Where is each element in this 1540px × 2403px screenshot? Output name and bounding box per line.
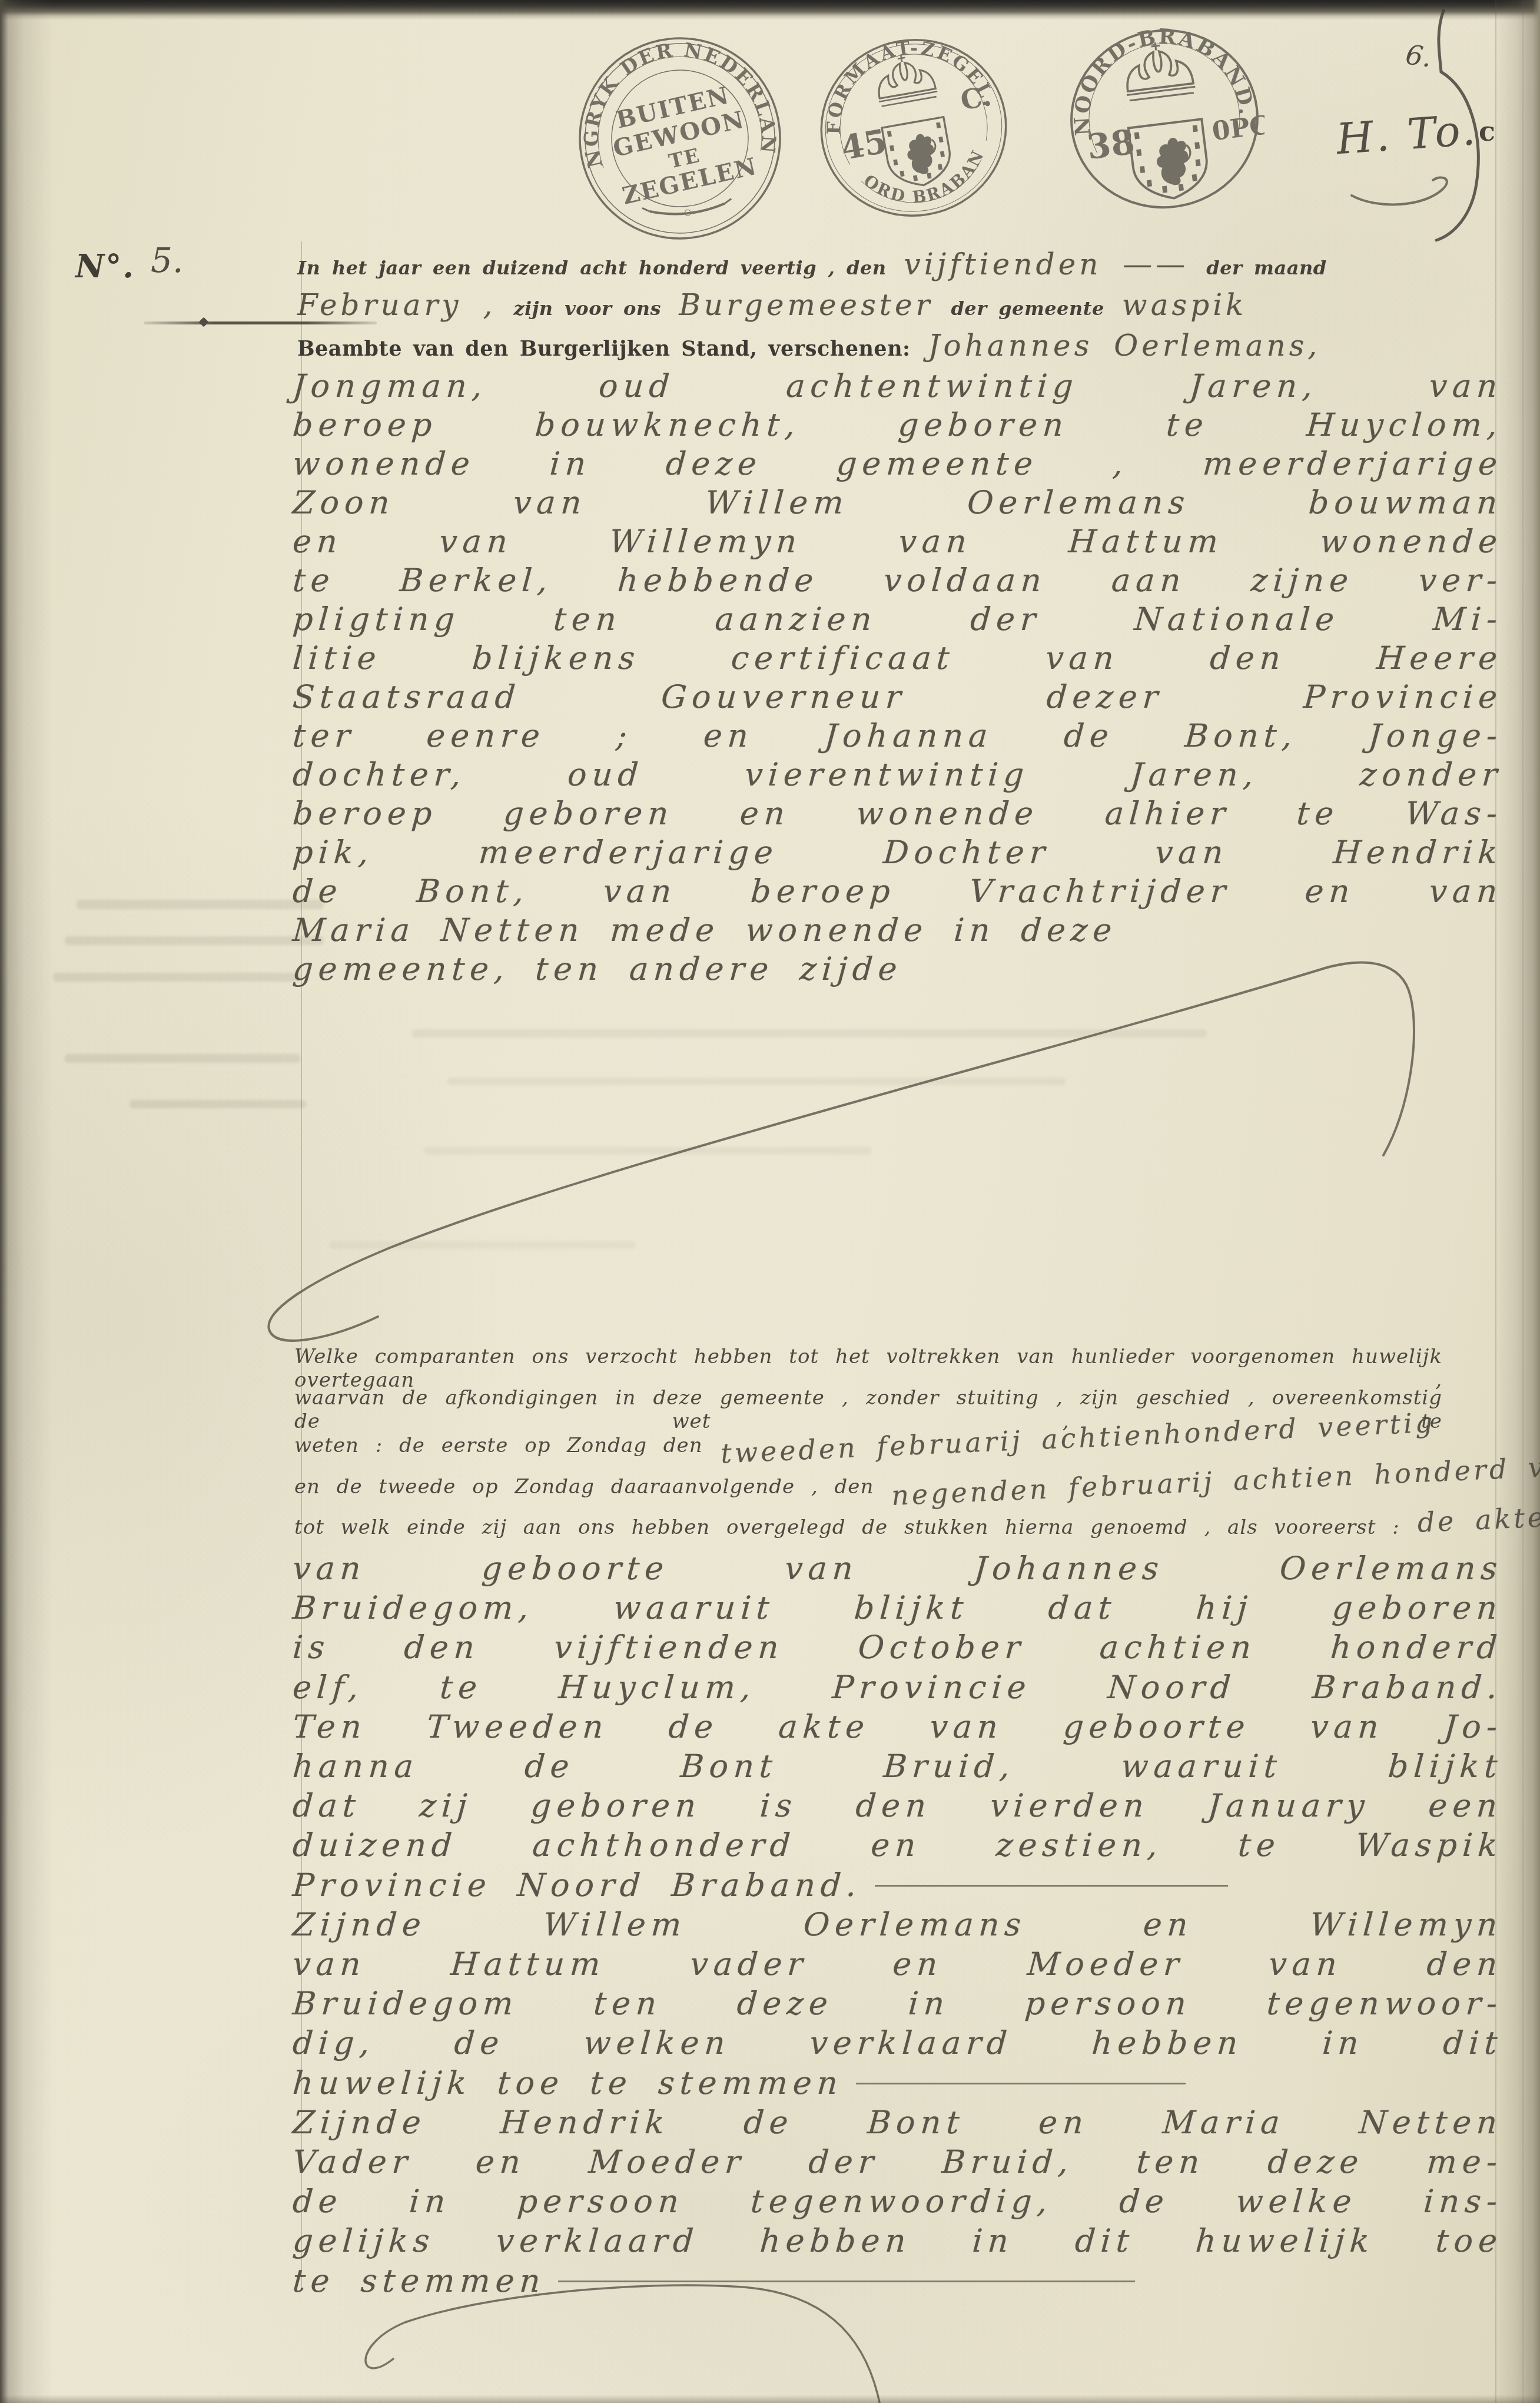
handwritten-segment: gemeente, ten andere zijde xyxy=(291,950,904,987)
handwritten-segment: gelijks verklaard hebben in dit huwelijk… xyxy=(291,2222,1504,2259)
handwritten-segment: huwelijk toe te stemmen xyxy=(291,2064,844,2102)
text-line-parties-2: beroep bouwknecht, geboren te Huyclom, xyxy=(291,406,1504,443)
text-line-parties-6: te Berkel, hebbende voldaan aan zijne ve… xyxy=(291,562,1504,599)
text-line-parties-7: pligting ten aanzien der Nationale Mi- xyxy=(291,601,1504,638)
text-line-documents-17: de in persoon tegenwoordig, de welke ins… xyxy=(291,2183,1504,2220)
handwritten-segment: Ten Tweeden de akte van geboorte van Jo- xyxy=(291,1708,1504,1745)
handwritten-segment: dig, de welken verklaard hebben in dit xyxy=(291,2024,1504,2061)
text-line-documents-18: gelijks verklaard hebben in dit huwelijk… xyxy=(291,2222,1504,2259)
ink-rule xyxy=(558,2281,1135,2282)
document-page: KONINGRYK DER NEDERLANDEN. BUITEN GEWOON… xyxy=(0,0,1540,2403)
handwritten-segment: Vader en Moeder der Bruid, ten deze me- xyxy=(291,2143,1504,2180)
printed-segment: der gemeente xyxy=(951,297,1104,320)
handwritten-segment: beroep bouwknecht, geboren te Huyclom, xyxy=(291,406,1504,443)
handwritten-segment: elf, te Huyclum, Provincie Noord Braband… xyxy=(291,1669,1504,1706)
handwritten-segment: Zijnde Willem Oerlemans en Willemyn xyxy=(291,1906,1504,1943)
text-line-parties-9: Staatsraad Gouverneur dezer Provincie xyxy=(291,678,1504,715)
text-line-documents-4: elf, te Huyclum, Provincie Noord Braband… xyxy=(291,1669,1504,1706)
text-line-parties-3: wonende in deze gemeente , meerderjarige xyxy=(291,445,1504,482)
text-line-documents-8: duizend achthonderd en zestien, te Waspi… xyxy=(291,1827,1504,1864)
handwritten-segment: Jongman, oud achtentwintig Jaren, van xyxy=(291,367,1504,405)
text-line-intro-3: Beambte van den Burgerlijken Stand, vers… xyxy=(297,329,1320,363)
handwritten-segment: Bruidegom ten deze in persoon tegenwoor- xyxy=(291,1985,1504,2022)
handwritten-segment: dochter, oud vierentwintig Jaren, zonder xyxy=(291,756,1504,793)
text-line-parties-8: litie blijkens certificaat van den Heere xyxy=(291,639,1504,677)
handwritten-segment: te stemmen xyxy=(291,2262,547,2299)
text-line-parties-14: de Bont, van beroep Vrachtrijder en van xyxy=(291,873,1504,910)
handwritten-segment: waspik xyxy=(1122,288,1247,322)
handwritten-segment: is den vijftienden October achtien honde… xyxy=(291,1629,1504,1666)
text-line-announcement-1: Welke comparanten ons verzocht hebben to… xyxy=(294,1345,1442,1392)
handwritten-segment: pik, meerderjarige Dochter van Hendrik xyxy=(291,834,1504,871)
text-line-parties-10: ter eenre ; en Johanna de Bont, Jonge- xyxy=(291,717,1504,754)
handwritten-segment: pligting ten aanzien der Nationale Mi- xyxy=(291,601,1504,638)
handwritten-segment: de in persoon tegenwoordig, de welke ins… xyxy=(291,2183,1504,2220)
text-line-documents-12: Bruidegom ten deze in persoon tegenwoor- xyxy=(291,1985,1504,2022)
text-line-parties-12: beroep geboren en wonende alhier te Was- xyxy=(291,795,1504,832)
handwritten-segment: dat zij geboren is den vierden January e… xyxy=(291,1787,1504,1824)
text-line-documents-15: Zijnde Hendrik de Bont en Maria Netten xyxy=(291,2104,1504,2141)
printed-segment: der maand xyxy=(1206,257,1326,279)
text-line-intro-2: February ,zijn voor onsBurgemeesterder g… xyxy=(297,288,1247,322)
text-line-documents-19: te stemmen xyxy=(291,2262,1137,2299)
text-line-documents-14: huwelijk toe te stemmen xyxy=(291,2064,1187,2102)
handwritten-segment: Staatsraad Gouverneur dezer Provincie xyxy=(291,678,1504,715)
text-line-documents-10: Zijnde Willem Oerlemans en Willemyn xyxy=(291,1906,1504,1943)
handwritten-segment: wonende in deze gemeente , meerderjarige xyxy=(291,445,1504,482)
text-line-parties-5: en van Willemyn van Hattum wonende xyxy=(291,523,1504,560)
text-line-documents-11: van Hattum vader en Moeder van den xyxy=(291,1945,1504,1983)
text-line-documents-7: dat zij geboren is den vierden January e… xyxy=(291,1787,1504,1824)
text-line-announcement-4: en de tweede op Zondag daaraanvolgende ,… xyxy=(294,1468,1540,1500)
text-line-parties-4: Zoon van Willem Oerlemans bouwman xyxy=(291,484,1504,521)
handwritten-segment: Burgemeester xyxy=(679,288,933,322)
text-line-announcement-3: weten : de eerste op Zondag dentweeden f… xyxy=(294,1427,1436,1459)
text-line-documents-5: Ten Tweeden de akte van geboorte van Jo- xyxy=(291,1708,1504,1745)
text-line-documents-6: hanna de Bont Bruid, waaruit blijkt xyxy=(291,1748,1504,1785)
handwritten-segment: van Hattum vader en Moeder van den xyxy=(291,1945,1504,1983)
text-line-documents-9: Provincie Noord Braband. xyxy=(291,1867,1229,1904)
handwritten-segment: de akte xyxy=(1416,1501,1540,1539)
handwritten-segment: te Berkel, hebbende voldaan aan zijne ve… xyxy=(291,562,1504,599)
printed-segment: Beambte van den Burgerlijken Stand, vers… xyxy=(297,337,911,361)
text-line-announcement-5: tot welk einde zij aan ons hebben overge… xyxy=(294,1509,1540,1540)
text-line-parties-16: gemeente, ten andere zijde xyxy=(291,950,904,987)
handwritten-segment: en van Willemyn van Hattum wonende xyxy=(291,523,1504,560)
handwritten-segment: Maria Netten mede wonende in deze xyxy=(291,912,1119,949)
handwritten-segment: hanna de Bont Bruid, waaruit blijkt xyxy=(291,1748,1504,1785)
text-line-parties-15: Maria Netten mede wonende in deze xyxy=(291,912,1119,949)
printed-segment: en de tweede op Zondag daaraanvolgende ,… xyxy=(294,1475,874,1499)
handwritten-segment: beroep geboren en wonende alhier te Was- xyxy=(291,795,1504,832)
text-line-parties-1: Jongman, oud achtentwintig Jaren, van xyxy=(291,367,1504,405)
text-line-intro-1: In het jaar een duizend acht honderd vee… xyxy=(297,247,1327,281)
handwritten-segment: February , xyxy=(297,288,496,322)
text-line-documents-3: is den vijftienden October achtien honde… xyxy=(291,1629,1504,1666)
handwritten-segment: Johannes Oerlemans, xyxy=(928,329,1321,363)
text-line-documents-13: dig, de welken verklaard hebben in dit xyxy=(291,2024,1504,2061)
ink-rule xyxy=(856,2083,1186,2084)
text-line-documents-1: van geboorte van Johannes Oerlemans xyxy=(291,1550,1504,1587)
printed-segment: weten : de eerste op Zondag den xyxy=(294,1434,703,1457)
handwritten-segment: Provincie Noord Braband. xyxy=(291,1867,863,1904)
printed-segment: Welke comparanten ons verzocht hebben to… xyxy=(294,1345,1442,1392)
handwritten-segment: de Bont, van beroep Vrachtrijder en van xyxy=(291,873,1504,910)
handwritten-segment: litie blijkens certificaat van den Heere xyxy=(291,639,1504,677)
handwritten-segment: duizend achthonderd en zestien, te Waspi… xyxy=(291,1827,1504,1864)
printed-segment: tot welk einde zij aan ons hebben overge… xyxy=(294,1516,1400,1539)
document-text-layer: In het jaar een duizend acht honderd vee… xyxy=(0,0,1540,2403)
handwritten-segment: ter eenre ; en Johanna de Bont, Jonge- xyxy=(291,717,1504,754)
handwritten-segment: Zoon van Willem Oerlemans bouwman xyxy=(291,484,1504,521)
text-line-parties-11: dochter, oud vierentwintig Jaren, zonder xyxy=(291,756,1504,793)
handwritten-segment: Bruidegom, waaruit blijkt dat hij gebore… xyxy=(291,1589,1504,1626)
text-line-documents-16: Vader en Moeder der Bruid, ten deze me- xyxy=(291,2143,1504,2180)
handwritten-segment: van geboorte van Johannes Oerlemans xyxy=(291,1550,1504,1587)
handwritten-segment: vijftienden —— xyxy=(904,247,1189,281)
printed-segment: zijn voor ons xyxy=(513,297,661,320)
handwritten-segment: Zijnde Hendrik de Bont en Maria Netten xyxy=(291,2104,1504,2141)
ink-rule xyxy=(875,1885,1228,1887)
text-line-parties-13: pik, meerderjarige Dochter van Hendrik xyxy=(291,834,1504,871)
printed-segment: In het jaar een duizend acht honderd vee… xyxy=(297,257,887,279)
text-line-documents-2: Bruidegom, waaruit blijkt dat hij gebore… xyxy=(291,1589,1504,1626)
